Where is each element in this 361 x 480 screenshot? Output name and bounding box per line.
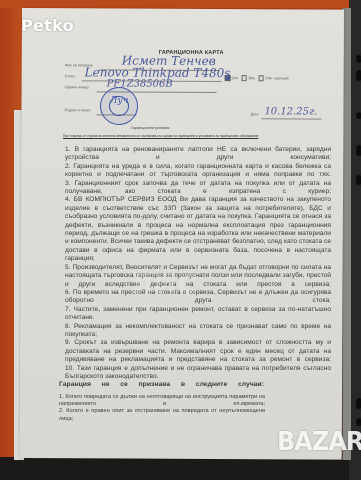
signature-label: Подпис и печат: — [64, 108, 91, 112]
exclusions-list: 1. Когато повредата се дължи на неотгова… — [59, 394, 265, 423]
binder-hole — [356, 70, 361, 81]
binder-hole — [356, 175, 361, 185]
binder-hole — [356, 55, 361, 63]
exclusion-item: 1. Когато повредата се дължи на неотгова… — [59, 394, 265, 408]
checkbox[interactable] — [259, 75, 265, 81]
term-item: 5. Производителят, Вносителят и Сервизът… — [65, 264, 331, 289]
stamp-signature: Луч — [110, 96, 128, 106]
exclusion-item: 2. Когато е правен опит за отстраняване … — [59, 408, 265, 422]
checkbox-checked[interactable] — [225, 75, 231, 81]
checkbox[interactable] — [242, 75, 248, 81]
term-item: 10. Тази гаранция е допълнение и не огра… — [65, 365, 331, 382]
faint-watermark: ЛИС — [130, 268, 197, 301]
warranty-option-24m[interactable]: 24м. гаранция — [259, 76, 289, 80]
term-item: 8. Рекламация за некомплектованост на ст… — [65, 323, 331, 340]
product-label: Стока: — [65, 74, 76, 78]
date-line — [261, 118, 321, 119]
seller-name-watermark: Petko — [21, 16, 74, 35]
term-item: 6. По времето на престой на стоката в се… — [65, 289, 331, 306]
conditions-title: Гаранционни условия — [131, 126, 169, 130]
binder-hole — [356, 145, 361, 156]
term-item: 7. Частите, заменени при гаранционен рем… — [65, 306, 331, 323]
date-label: Дата: — [250, 112, 259, 116]
bottom-shadow — [0, 457, 361, 480]
warranty-period-options: 12м. 18м. 24м. гаранция — [225, 75, 289, 81]
term-item: 3. Гаранционният срок започва да тече от… — [65, 180, 331, 197]
top-backdrop — [0, 0, 361, 8]
bazar-logo-watermark: BAZAR — [277, 427, 361, 457]
term-item: 4. БВ КОМПЮТЪР СЕРВИЗ ЕООД Ви дава гаран… — [65, 196, 331, 263]
term-item: 2. Гаранцията на уреда е в сила, когато … — [65, 163, 331, 180]
date-value: 10.12.25г. — [264, 106, 317, 117]
binder-hole — [356, 112, 361, 119]
binder-hole — [356, 418, 361, 426]
serial-label: Сериен номер: — [65, 85, 90, 89]
warranty-option-12m[interactable]: 12м. — [225, 76, 239, 80]
term-item: 1. В гаранцията на ренованираните лаптоп… — [65, 146, 331, 163]
exclusions-title: Гаранция не се признава в следните случа… — [59, 381, 264, 388]
warranty-option-18m[interactable]: 18м. — [242, 76, 256, 80]
term-item: 9. Срокът за извършване на ремонта варир… — [65, 339, 331, 364]
conditions-notice: При покупка от страна на клиента автомат… — [63, 134, 258, 138]
company-stamp: Луч — [100, 87, 138, 125]
binder-hole — [356, 398, 361, 409]
warranty-terms-list: 1. В гаранцията на ренованираните лаптоп… — [65, 146, 331, 381]
